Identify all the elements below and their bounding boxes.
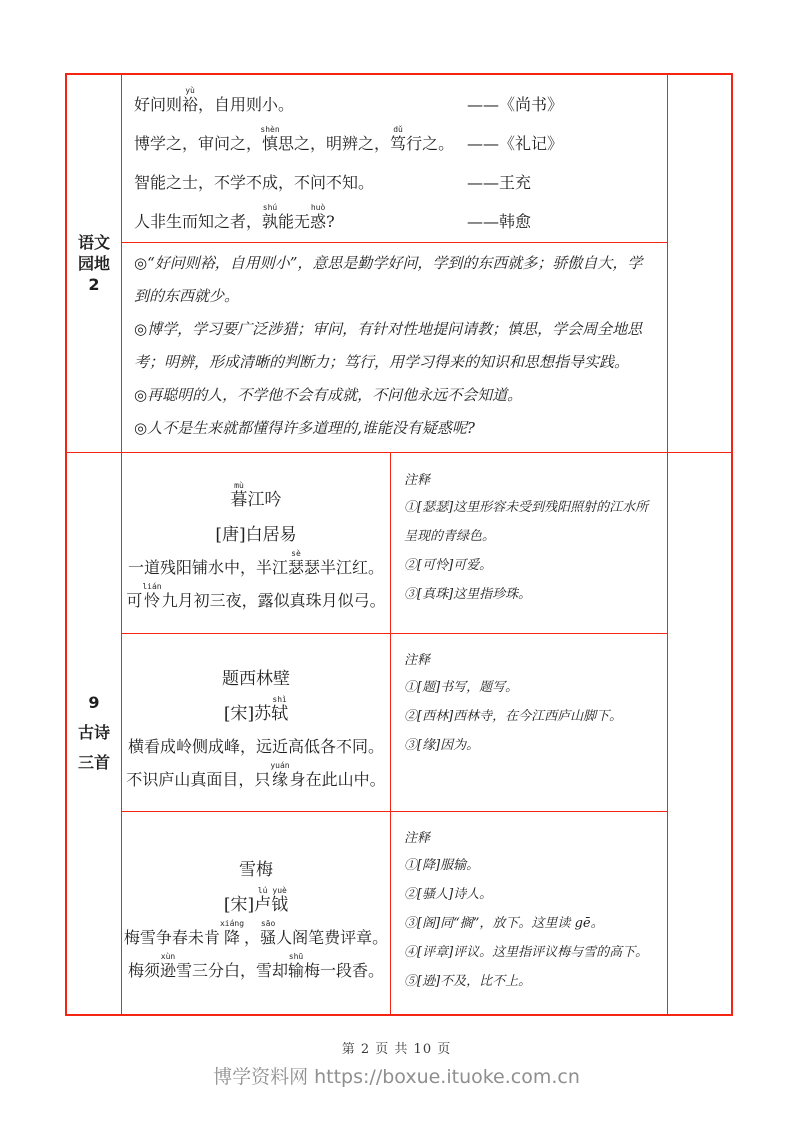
quote-row: 人非生而知之者，孰shú能无惑huò? ——韩愈	[122, 197, 667, 236]
label-line: 9	[88, 688, 99, 718]
quote-row: 博学之，审问之，慎shèn思之，明辨之，笃dǔ行之。 ——《礼记》	[122, 119, 667, 158]
explanations-section: ◎“好问则裕，自用则小”，意思是勤学好问，学到的东西就多；骄傲自大，学到的东西就…	[122, 243, 667, 452]
poem-annotations-cell: 注释 ①[题]书写，题写。②[西林]西林寺，在今江西庐山脚下。③[缘]因为。	[390, 633, 667, 811]
annotation-item: ②[可怜]可爱。	[404, 551, 659, 580]
quote-attribution: ——《礼记》	[467, 131, 563, 154]
poem-row: 暮mù江吟 [唐]白居易 一道残阳铺水中，半江瑟sè瑟半江红。 可怜lián九月…	[122, 453, 667, 633]
explanation-item: ◎博学，学习要广泛涉猎；审问，有针对性地提问请教；慎思，学会周全地思考；明辨，形…	[134, 313, 655, 379]
poem-line-1: 横看成岭侧成峰，远近高低各不同。	[128, 724, 384, 757]
poem-author: [唐]白居易	[215, 510, 296, 545]
label-line: 三首	[78, 748, 110, 778]
poem-text-cell: 雪梅 [宋]卢lú钺yuè 梅雪争春未肯降xiáng，骚sāo人阁笔费评章。 梅…	[122, 811, 390, 1014]
poem-row: 题西林壁 [宋]苏轼shì 横看成岭侧成峰，远近高低各不同。 不识庐山真面目，只…	[122, 633, 667, 811]
quotes-section: 好问则裕yù，自用则小。 ——《尚书》 博学之，审问之，慎shèn思之，明辨之，…	[122, 75, 667, 242]
annotation-item: ①[题]书写，题写。	[404, 673, 659, 702]
annotations-list: ①[题]书写，题写。②[西林]西林寺，在今江西庐山脚下。③[缘]因为。	[404, 673, 659, 760]
page-number: 第 2 页 共 10 页	[0, 1038, 793, 1057]
quote-text: 智能之士，不学不成，不问不知。	[134, 170, 374, 193]
quote-attribution: ——韩愈	[467, 209, 531, 232]
explanation-item: ◎人不是生来就都懂得许多道理的,谁能没有疑惑呢?	[134, 412, 655, 445]
annotation-item: ③[真珠]这里指珍珠。	[404, 580, 659, 609]
poem-line-2: 不识庐山真面目，只缘yuán身在此山中。	[126, 757, 385, 790]
quote-row: 智能之士，不学不成，不问不知。 ——王充	[122, 158, 667, 197]
quote-attribution: ——王充	[467, 170, 531, 193]
annotation-item: ③[阁]同“搁”，放下。这里读 gē。	[404, 909, 659, 938]
quote-text: 博学之，审问之，慎shèn思之，明辨之，笃dǔ行之。	[134, 125, 454, 154]
annotation-item: ①[降]服输。	[404, 851, 659, 880]
annotations-title: 注释	[404, 469, 659, 493]
annotations-title: 注释	[404, 649, 659, 673]
annotation-item: ②[骚人]诗人。	[404, 880, 659, 909]
poem-title: 雪梅	[239, 845, 273, 880]
poem-line-2: 可怜lián九月初三夜，露似真珠月似弓。	[126, 578, 385, 611]
annotations-list: ①[降]服输。②[骚人]诗人。③[阁]同“搁”，放下。这里读 gē。④[评章]评…	[404, 851, 659, 996]
label-line: 古诗	[78, 718, 110, 748]
poem-text-cell: 暮mù江吟 [唐]白居易 一道残阳铺水中，半江瑟sè瑟半江红。 可怜lián九月…	[122, 453, 390, 633]
poems-section: 暮mù江吟 [唐]白居易 一道残阳铺水中，半江瑟sè瑟半江红。 可怜lián九月…	[122, 453, 667, 1014]
poem-title: 题西林壁	[222, 654, 290, 689]
annotation-item: ②[西林]西林寺，在今江西庐山脚下。	[404, 702, 659, 731]
poem-annotations-cell: 注释 ①[瑟瑟]这里形容未受到残阳照射的江水所呈现的青绿色。②[可怜]可爱。③[…	[390, 453, 667, 633]
worksheet-table: 语文园地2 9古诗三首 好问则裕yù，自用则小。 ——《尚书》 博学之，审问之，…	[65, 73, 733, 1016]
explanation-item: ◎再聪明的人，不学他不会有成就，不问他永远不会知道。	[134, 379, 655, 412]
right-column-divider	[667, 75, 668, 1014]
poem-line-1: 一道残阳铺水中，半江瑟sè瑟半江红。	[128, 545, 384, 578]
poem-author: [宋]卢lú钺yuè	[224, 880, 288, 915]
annotation-item: ⑤[逊]不及，比不上。	[404, 967, 659, 996]
poem-author: [宋]苏轼shì	[224, 689, 288, 724]
poem-line-1: 梅雪争春未肯降xiáng，骚sāo人阁笔费评章。	[124, 915, 388, 948]
poem-text-cell: 题西林壁 [宋]苏轼shì 横看成岭侧成峰，远近高低各不同。 不识庐山真面目，只…	[122, 633, 390, 811]
site-watermark: 博学资料网 https://boxue.ituoke.com.cn	[0, 1062, 793, 1089]
quote-attribution: ——《尚书》	[467, 92, 563, 115]
quote-text: 人非生而知之者，孰shú能无惑huò?	[134, 203, 335, 232]
annotation-item: ③[缘]因为。	[404, 731, 659, 760]
section-label-gushi-sanshou: 9古诗三首	[67, 452, 121, 1014]
annotation-item: ①[瑟瑟]这里形容未受到残阳照射的江水所呈现的青绿色。	[404, 493, 659, 551]
annotations-list: ①[瑟瑟]这里形容未受到残阳照射的江水所呈现的青绿色。②[可怜]可爱。③[真珠]…	[404, 493, 659, 609]
poem-line-2: 梅须逊xùn雪三分白，雪却输shū梅一段香。	[128, 948, 384, 981]
label-line: 2	[88, 274, 99, 295]
quote-row: 好问则裕yù，自用则小。 ——《尚书》	[122, 80, 667, 119]
quote-text: 好问则裕yù，自用则小。	[134, 86, 294, 115]
label-line: 语文	[78, 232, 110, 253]
poem-annotations-cell: 注释 ①[降]服输。②[骚人]诗人。③[阁]同“搁”，放下。这里读 gē。④[评…	[390, 811, 667, 1014]
explanation-item: ◎“好问则裕，自用则小”，意思是勤学好问，学到的东西就多；骄傲自大，学到的东西就…	[134, 247, 655, 313]
poem-row: 雪梅 [宋]卢lú钺yuè 梅雪争春未肯降xiáng，骚sāo人阁笔费评章。 梅…	[122, 811, 667, 1014]
annotation-item: ④[评章]评议。这里指评议梅与雪的高下。	[404, 938, 659, 967]
annotations-title: 注释	[404, 827, 659, 851]
poem-title: 暮mù江吟	[231, 475, 282, 510]
label-line: 园地	[78, 253, 110, 274]
section-label-yuwen-yuandi-2: 语文园地2	[67, 75, 121, 452]
